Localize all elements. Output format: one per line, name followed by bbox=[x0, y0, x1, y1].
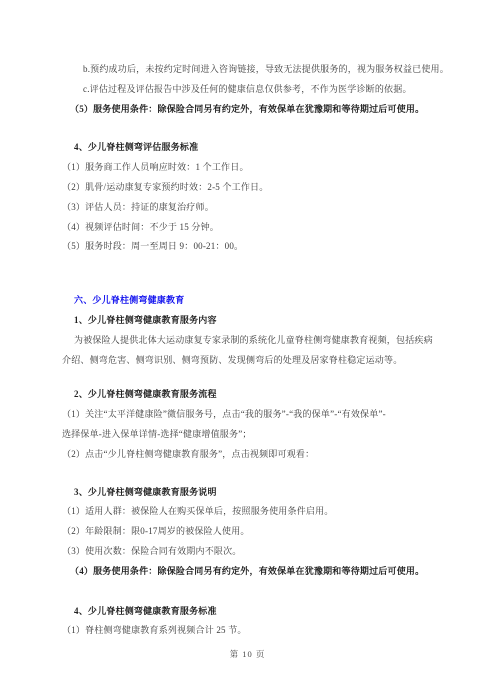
page-number: 第 10 页 bbox=[0, 648, 495, 660]
body-line: （1）脊柱侧弯健康教育系列视频合计 25 节。 bbox=[62, 621, 428, 641]
body-line: （2）肌骨/运动康复专家预约时效：2-5 个工作日。 bbox=[62, 178, 428, 198]
subsection-heading: 2、少儿脊柱侧弯健康教育服务流程 bbox=[62, 385, 428, 405]
body-line: （1）关注“太平洋健康险”微信服务号，点击“我的服务”-“我的保单”-“有效保单… bbox=[62, 405, 428, 425]
body-line: （2）年龄限制：限0-17周岁的被保险人使用。 bbox=[62, 522, 428, 542]
body-line: 为被保险人提供北体大运动康复专家录制的系统化儿童脊柱侧弯健康教育视频，包括疾病 bbox=[62, 331, 428, 351]
subsection-heading: 4、少儿脊柱侧弯评估服务标准 bbox=[62, 138, 428, 158]
body-line: （2）点击“少儿脊柱侧弯健康教育服务”，点击视频即可观看： bbox=[62, 445, 428, 465]
body-line: （4）视频评估时间：不少于 15 分钟。 bbox=[62, 218, 428, 238]
usage-condition-line: （5）服务使用条件：除保险合同另有约定外，有效保单在犹豫期和等待期过后可使用。 bbox=[62, 100, 428, 120]
page-body: b.预约成功后，未按约定时间进入咨询链接，导致无法提供服务的，视为服务权益已使用… bbox=[62, 60, 428, 641]
body-line: 介绍、侧弯危害、侧弯识别、侧弯预防、发现侧弯后的处理及居家脊柱稳定运动等。 bbox=[62, 351, 428, 371]
subsection-heading: 3、少儿脊柱侧弯健康教育服务说明 bbox=[62, 483, 428, 503]
usage-condition-line: （4）服务使用条件：除保险合同另有约定外，有效保单在犹豫期和等待期过后可使用。 bbox=[62, 562, 428, 582]
body-line: （3）使用次数：保险合同有效期内不限次。 bbox=[62, 542, 428, 562]
subsection-heading: 4、少儿脊柱侧弯健康教育服务标准 bbox=[62, 602, 428, 622]
chapter-heading: 六、少儿脊柱侧弯健康教育 bbox=[62, 291, 428, 311]
subsection-heading: 1、少儿脊柱侧弯健康教育服务内容 bbox=[62, 311, 428, 331]
document-page: b.预约成功后，未按约定时间进入咨询链接，导致无法提供服务的，视为服务权益已使用… bbox=[0, 0, 495, 700]
body-line: 选择保单-进入保单详情-选择“健康增值服务”； bbox=[62, 425, 428, 445]
body-line: c.评估过程及评估报告中涉及任何的健康信息仅供参考，不作为医学诊断的依据。 bbox=[62, 80, 428, 100]
body-line: （1）适用人群：被保险人在购买保单后，按照服务使用条件启用。 bbox=[62, 502, 428, 522]
body-line: （5）服务时段：周一至周日 9：00-21：00。 bbox=[62, 237, 428, 257]
body-line: （1）服务商工作人员响应时效：1 个工作日。 bbox=[62, 158, 428, 178]
body-line: （3）评估人员：持证的康复治疗师。 bbox=[62, 198, 428, 218]
body-line: b.预约成功后，未按约定时间进入咨询链接，导致无法提供服务的，视为服务权益已使用… bbox=[62, 60, 428, 80]
